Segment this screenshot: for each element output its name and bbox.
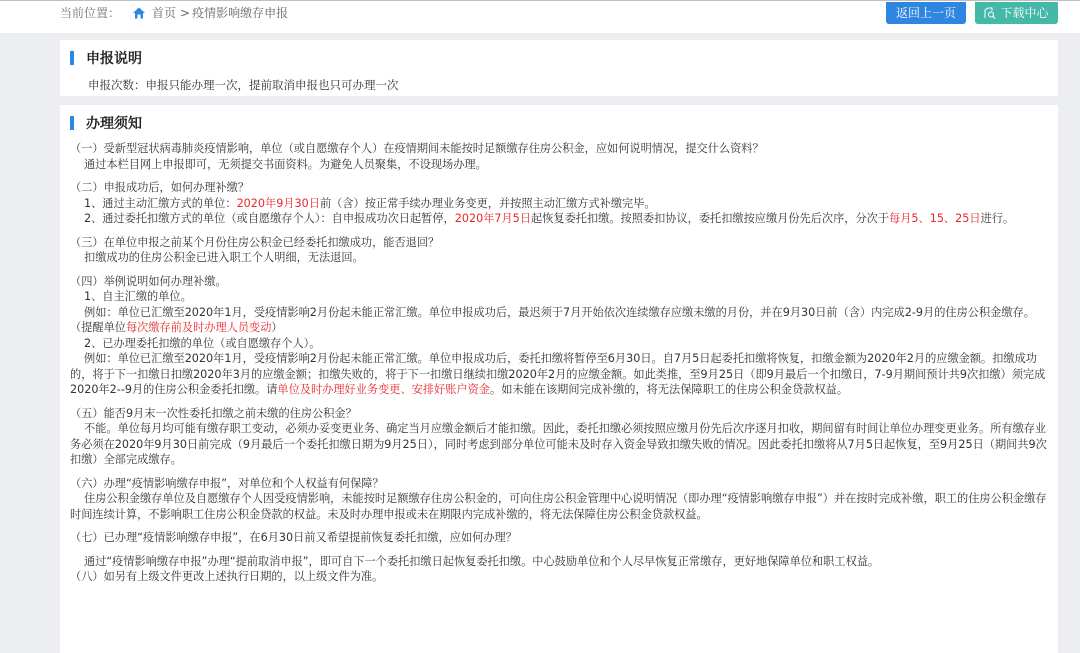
guide-title: 办理须知 xyxy=(70,113,142,133)
section-1-question: （一）受新型冠状病毒肺炎疫情影响，单位（或自愿缴存个人）在疫情期间未能按时足额缴… xyxy=(70,141,1050,157)
guide-title-text: 办理须知 xyxy=(86,113,142,133)
breadcrumb: 当前位置： 首页 > 疫情影响缴存申报 xyxy=(60,4,288,21)
breadcrumb-label: 当前位置： xyxy=(60,4,120,21)
section-6-answer: 住房公积金缴存单位及自愿缴存个人因受疫情影响，未能按时足额缴存住房公积金的，可向… xyxy=(70,491,1050,522)
guide-notes: （一）受新型冠状病毒肺炎疫情影响，单位（或自愿缴存个人）在疫情期间未能按时足额缴… xyxy=(70,141,1050,585)
download-center-button[interactable]: 下载中心 xyxy=(975,2,1058,24)
section-1-answer: 通过本栏目网上申报即可，无须提交书面资料。为避免人员聚集，不设现场办理。 xyxy=(70,157,1050,173)
declaration-text: 申报次数：申报只能办理一次，提前取消申报也只可办理一次 xyxy=(88,77,399,93)
section-4-question: （四）举例说明如何办理补缴。 xyxy=(70,274,1050,290)
home-icon xyxy=(132,6,146,20)
download-center-label: 下载中心 xyxy=(1000,2,1048,24)
section-2-line-2: 2、通过委托扣缴方式的单位（或自愿缴存个人）：自申报成功次日起暂停，2020年7… xyxy=(70,211,1050,227)
section-8-note: （八）如另有上级文件更改上述执行日期的，以上级文件为准。 xyxy=(70,569,1050,585)
title-accent-bar xyxy=(70,51,74,65)
breadcrumb-current: 疫情影响缴存申报 xyxy=(192,4,288,21)
declaration-title: 申报说明 xyxy=(70,48,142,68)
section-5-answer: 不能。单位每月均可能有缴存职工变动，必须办妥变更业务、确定当月应缴金额后才能扣缴… xyxy=(70,421,1050,468)
section-3-question: （三）在单位申报之前某个月份住房公积金已经委托扣缴成功，能否退回？ xyxy=(70,235,1050,251)
top-bar: 当前位置： 首页 > 疫情影响缴存申报 返回上一页 下载中心 xyxy=(0,0,1080,33)
section-7-question: （七）已办理“疫情影响缴存申报”，在6月30日前又希望提前恢复委托扣缴，应如何办… xyxy=(70,530,1050,546)
section-2-line-1: 1、通过主动汇缴方式的单位：2020年9月30日前（含）按正常手续办理业务变更，… xyxy=(70,196,1050,212)
section-5-question: （五）能否9月末一次性委托扣缴之前未缴的住房公积金？ xyxy=(70,406,1050,422)
section-4-example-2: 例如：单位已汇缴至2020年1月，受疫情影响2月份起未能正常汇缴。单位申报成功后… xyxy=(70,351,1050,398)
section-4-point-2: 2、已办理委托扣缴的单位（或自愿缴存个人）。 xyxy=(70,336,1050,352)
guide-card: 办理须知 （一）受新型冠状病毒肺炎疫情影响，单位（或自愿缴存个人）在疫情期间未能… xyxy=(60,105,1058,653)
breadcrumb-separator: > xyxy=(180,6,190,20)
declaration-card: 申报说明 申报次数：申报只能办理一次，提前取消申报也只可办理一次 xyxy=(60,40,1058,96)
section-4-point-1: 1、自主汇缴的单位。 xyxy=(70,289,1050,305)
section-6-question: （六）办理“疫情影响缴存申报”，对单位和个人权益有何保障？ xyxy=(70,476,1050,492)
section-4-example-1: 例如：单位已汇缴至2020年1月，受疫情影响2月份起未能正常汇缴。单位申报成功后… xyxy=(70,305,1050,336)
title-accent-bar xyxy=(70,116,74,130)
section-3-answer: 扣缴成功的住房公积金已进入职工个人明细，无法退回。 xyxy=(70,250,1050,266)
section-7-answer: 通过“疫情影响缴存申报”办理“提前取消申报”，即可自下一个委托扣缴日起恢复委托扣… xyxy=(70,554,1050,570)
back-button-label: 返回上一页 xyxy=(896,2,956,24)
download-search-icon xyxy=(984,7,996,19)
back-button[interactable]: 返回上一页 xyxy=(886,2,966,24)
section-2-question: （二）申报成功后，如何办理补缴？ xyxy=(70,180,1050,196)
declaration-title-text: 申报说明 xyxy=(86,48,142,68)
breadcrumb-home-link[interactable]: 首页 xyxy=(152,4,176,21)
